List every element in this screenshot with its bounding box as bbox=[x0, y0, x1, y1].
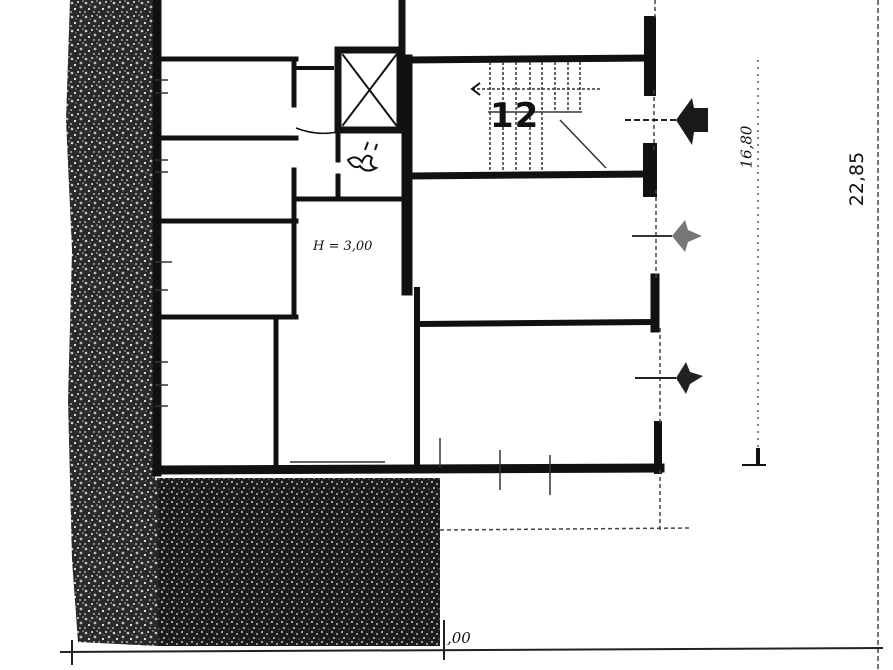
walls bbox=[157, 0, 660, 472]
entrance-arrow-icon bbox=[625, 98, 708, 145]
partial-dimension-label: 16,80 bbox=[737, 126, 755, 169]
window-arrow-icon bbox=[635, 362, 703, 394]
floor-plan-drawing bbox=[0, 0, 893, 670]
courtyard-hatched-block bbox=[158, 478, 440, 646]
bottom-dimension-label: ,00 bbox=[447, 629, 471, 647]
room-height-label: H = 3,00 bbox=[313, 239, 372, 254]
toilet-fixture-icon bbox=[348, 142, 377, 171]
left-hatched-strip bbox=[66, 0, 158, 646]
unit-number-label: 12 bbox=[490, 96, 539, 136]
door-swing bbox=[296, 128, 338, 133]
window-arrow-icon bbox=[632, 220, 702, 252]
dimension-tick bbox=[742, 448, 766, 465]
overall-dimension-label: 22,85 bbox=[846, 152, 868, 206]
